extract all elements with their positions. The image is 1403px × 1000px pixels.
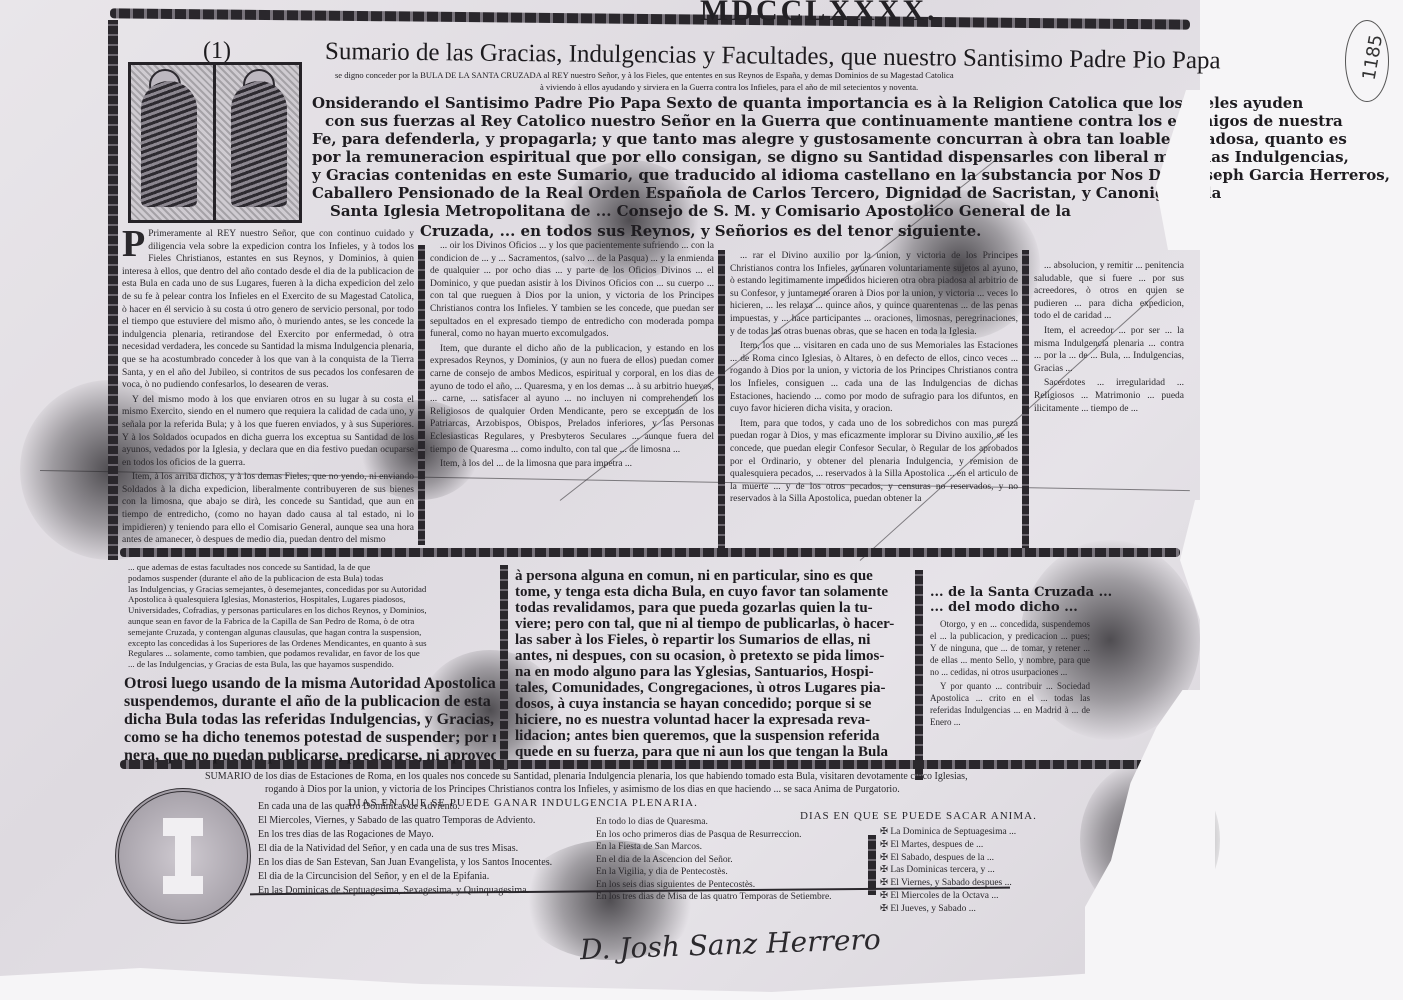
paragraph: ... oir los Divinos Oficios ... y los qu… [430,240,714,341]
list-item: En los tres dias de Misa de las quatro T… [596,891,832,904]
text-line: podamos suspender (durante el año de la … [128,573,496,584]
subtitle-line-1: se digno conceder por la BULA DE LA SANT… [335,70,954,80]
cross-icon: ✠ [880,878,890,888]
text-line: las Indulgencias, y Gracias semejantes, … [128,584,496,595]
left-ornamental-border [108,20,118,560]
right-heading-line: ... de la Santa Cruzada ... [930,585,1112,600]
text-line: dicha Bula todas las referidas Indulgenc… [124,711,496,729]
text-line: dosos, à cuya instancia se hayan concedi… [515,696,913,712]
archive-number: 1185 [1359,33,1388,82]
column-divider [418,245,425,545]
body-column-4: ... absolucion, y remitir ... penitencia… [1034,260,1184,540]
suspension-clause-small: ... que ademas de estas facultades nos c… [128,562,496,672]
paragraph: Sacerdotes ... irregularidad ... Religio… [1034,377,1184,415]
body-column-5: Otorgo, y en ... concedida, suspendemos … [930,618,1090,758]
column-divider [1022,250,1029,550]
text-line: ... de las Indulgencias, y Gracias de es… [128,659,496,670]
text-line: semejante Cruzada, y contengan algunas c… [128,627,496,638]
sumario-line-2: rogando à Dios por la union, y victoria … [265,783,900,796]
heading-soul-days: DIAS EN QUE SE PUEDE SACAR ANIMA. [800,810,1037,823]
cross-icon: ✠ [880,853,890,863]
column-divider [868,835,876,895]
intro-line: Onsiderando el Santisimo Padre Pio Papa … [312,94,1303,112]
paragraph: Item, el acreedor ... por ser ... la mis… [1034,325,1184,375]
cross-icon: ✠ [880,827,890,837]
list-item: En el dia de la Ascencion del Señor. [596,854,832,867]
text-line: na en modo alguno para las Yglesias, San… [515,664,913,680]
paragraph: Y del mismo modo à los que enviaren otro… [122,394,414,470]
list-item: ✠ Las Dominicas tercera, y ... [880,864,1016,877]
list-item: En los dias de San Estevan, San Juan Eva… [258,856,552,870]
woodcut-illustration-saints [128,62,302,223]
body-column-1: PPrimeramente al REY nuestro Señor, que … [122,228,414,546]
column-divider [718,250,725,550]
text-line: las saber à los Fieles, ò repartir los S… [515,632,913,648]
body-column-3: ... rar el Divino auxilio por la union, … [730,250,1018,546]
saint-figure-right [231,81,287,207]
sumario-line-1: SUMARIO de los dias de Estaciones de Rom… [205,770,968,783]
list-item: En la Fiesta de San Marcos. [596,841,832,854]
scanned-document: MDCCLXXXX. (1) Sumario de las Gracias, I… [0,0,1403,1000]
text-line: antes, ni despues, con su ocasion, ò pre… [515,648,913,664]
list-item: En cada una de las quatro Dominicas de A… [258,800,552,814]
list-item: ✠ El Sabado, despues de la ... [880,852,1016,865]
list-item: ✠ El Miercoles de la Octava ... [880,890,1016,903]
top-ornamental-border [110,8,1190,29]
intro-line: Santa Iglesia Metropolitana de ... Conse… [330,202,1071,220]
text-line: Otrosi luego usando de la misma Autorida… [124,675,496,693]
ink-seal-cross-icon [115,788,251,924]
list-item: El Miercoles, Viernes, y Sabado de las q… [258,814,552,828]
intro-line: Cruzada, ... en todos sus Reynos, y Seño… [420,222,981,240]
intro-line: Caballero Pensionado de la Real Orden Es… [312,184,1221,202]
text-line: Universidades, Cofradias, y personas par… [128,605,496,616]
paragraph: Item, los que ... visitaren en cada uno … [730,340,1018,416]
text-line: todas revalidamos, para que pueda gozarl… [515,600,913,616]
text-line: quede en su fuerza, para que ni aun los … [515,744,913,760]
column-divider [500,565,508,770]
cross-icon: ✠ [880,840,890,850]
text-line: aunque sean en favor de la Fabrica de la… [128,616,496,627]
list-item: En los tres dias de las Rogaciones de Ma… [258,828,552,842]
suspension-clause-gothic: Otrosi luego usando de la misma Autorida… [124,675,496,767]
text-line: à persona alguna en comun, ni en particu… [515,568,913,584]
lent-days-list: En todo lo dias de Quaresma. En los ocho… [596,816,832,904]
paragraph: Otorgo, y en ... concedida, suspendemos … [930,618,1090,678]
paragraph: Item, à los arriba dichos, y à los demas… [122,471,414,546]
indulgence-days-list: En cada una de las quatro Dominicas de A… [258,800,552,898]
text-line: viere; pero con tal, que ni al tiempo de… [515,616,913,632]
text-line: tome, y tenga esta dicha Bula, en cuyo f… [515,584,913,600]
cross-icon: ✠ [880,891,890,901]
text-line: nera, que no puedan publicarse, predicar… [124,747,496,765]
list-item: ✠ El Viernes, y Sabado despues ... [880,877,1016,890]
text-line: tales, Comunidades, Congregaciones, ù ot… [515,680,913,696]
list-item: ✠ El Jueves, y Sabado ... [880,903,1016,916]
list-item: En la Vigilia, y dia de Pentecostès. [596,866,832,879]
subtitle-line-2: à viviendo à ellos ayudando y sirviera e… [540,82,918,92]
list-item: ✠ La Dominica de Septuagesima ... [880,826,1016,839]
text-line: como se ha dicho tenemos potestad de sus… [124,729,496,747]
text-line: lidacion; antes bien queremos, que la su… [515,728,913,744]
paragraph: Primeramente al REY nuestro Señor, que c… [122,229,414,390]
cross-icon: ✠ [880,904,890,914]
cross-icon: ✠ [880,865,890,875]
right-heading-line: ... del modo dicho ... [930,600,1078,615]
bula-sheet: MDCCLXXXX. (1) Sumario de las Gracias, I… [0,0,1200,1000]
year-header: MDCCLXXXX. [700,0,937,28]
seal-cross-glyph [163,818,203,894]
list-item: El dia de la Circuncision del Señor, y e… [258,870,552,884]
archive-number-stamp: 1185 [1345,20,1389,102]
paragraph: Item, para que todos, y cada uno de los … [730,418,1018,506]
list-item: En los seis dias siguientes de Pentecost… [596,879,832,892]
text-line: Apostolica à qualesquiera Iglesias, Mona… [128,594,496,605]
text-line: hiciere, no es nuestra voluntad hacer la… [515,712,913,728]
paragraph: Y por quanto ... contribuir ... Sociedad… [930,680,1090,728]
text-line: excepto las concedidas à los Superiores … [128,638,496,649]
list-item: En todo lo dias de Quaresma. [596,816,832,829]
paragraph: ... rar el Divino auxilio por la union, … [730,250,1018,338]
saint-figure-left [141,81,197,207]
list-item: El dia de la Natividad del Señor, y en c… [258,842,552,856]
text-line: Regulares ... solamente, como tambien, q… [128,648,496,659]
soul-days-list: ✠ La Dominica de Septuagesima ... ✠ El M… [880,826,1016,916]
paragraph: ... absolucion, y remitir ... penitencia… [1034,260,1184,323]
list-item: En las Dominicas de Septuagesima, Sexage… [258,884,552,898]
drop-cap-p: P [122,228,145,260]
body-column-2: ... oir los Divinos Oficios ... y los qu… [430,240,714,546]
page-marker: (1) [203,38,231,65]
list-item: En los ocho primeros dias de Pasqua de R… [596,829,832,842]
text-line: ... que ademas de estas facultades nos c… [128,562,496,573]
text-line: suspendemos, durante el año de la public… [124,693,496,711]
revalidation-clause-gothic: à persona alguna en comun, ni en particu… [515,568,913,760]
list-item: ✠ El Martes, despues de ... [880,839,1016,852]
paragraph: Item, que durante el dicho año de la pub… [430,343,714,456]
woodcut-divider [213,65,216,220]
column-divider [915,570,923,780]
intro-line: y Gracias contenidas en este Sumario, qu… [312,166,1390,184]
paragraph: Item, à los del ... de la limosna que pa… [430,458,714,471]
middle-ornamental-border [120,548,1180,557]
